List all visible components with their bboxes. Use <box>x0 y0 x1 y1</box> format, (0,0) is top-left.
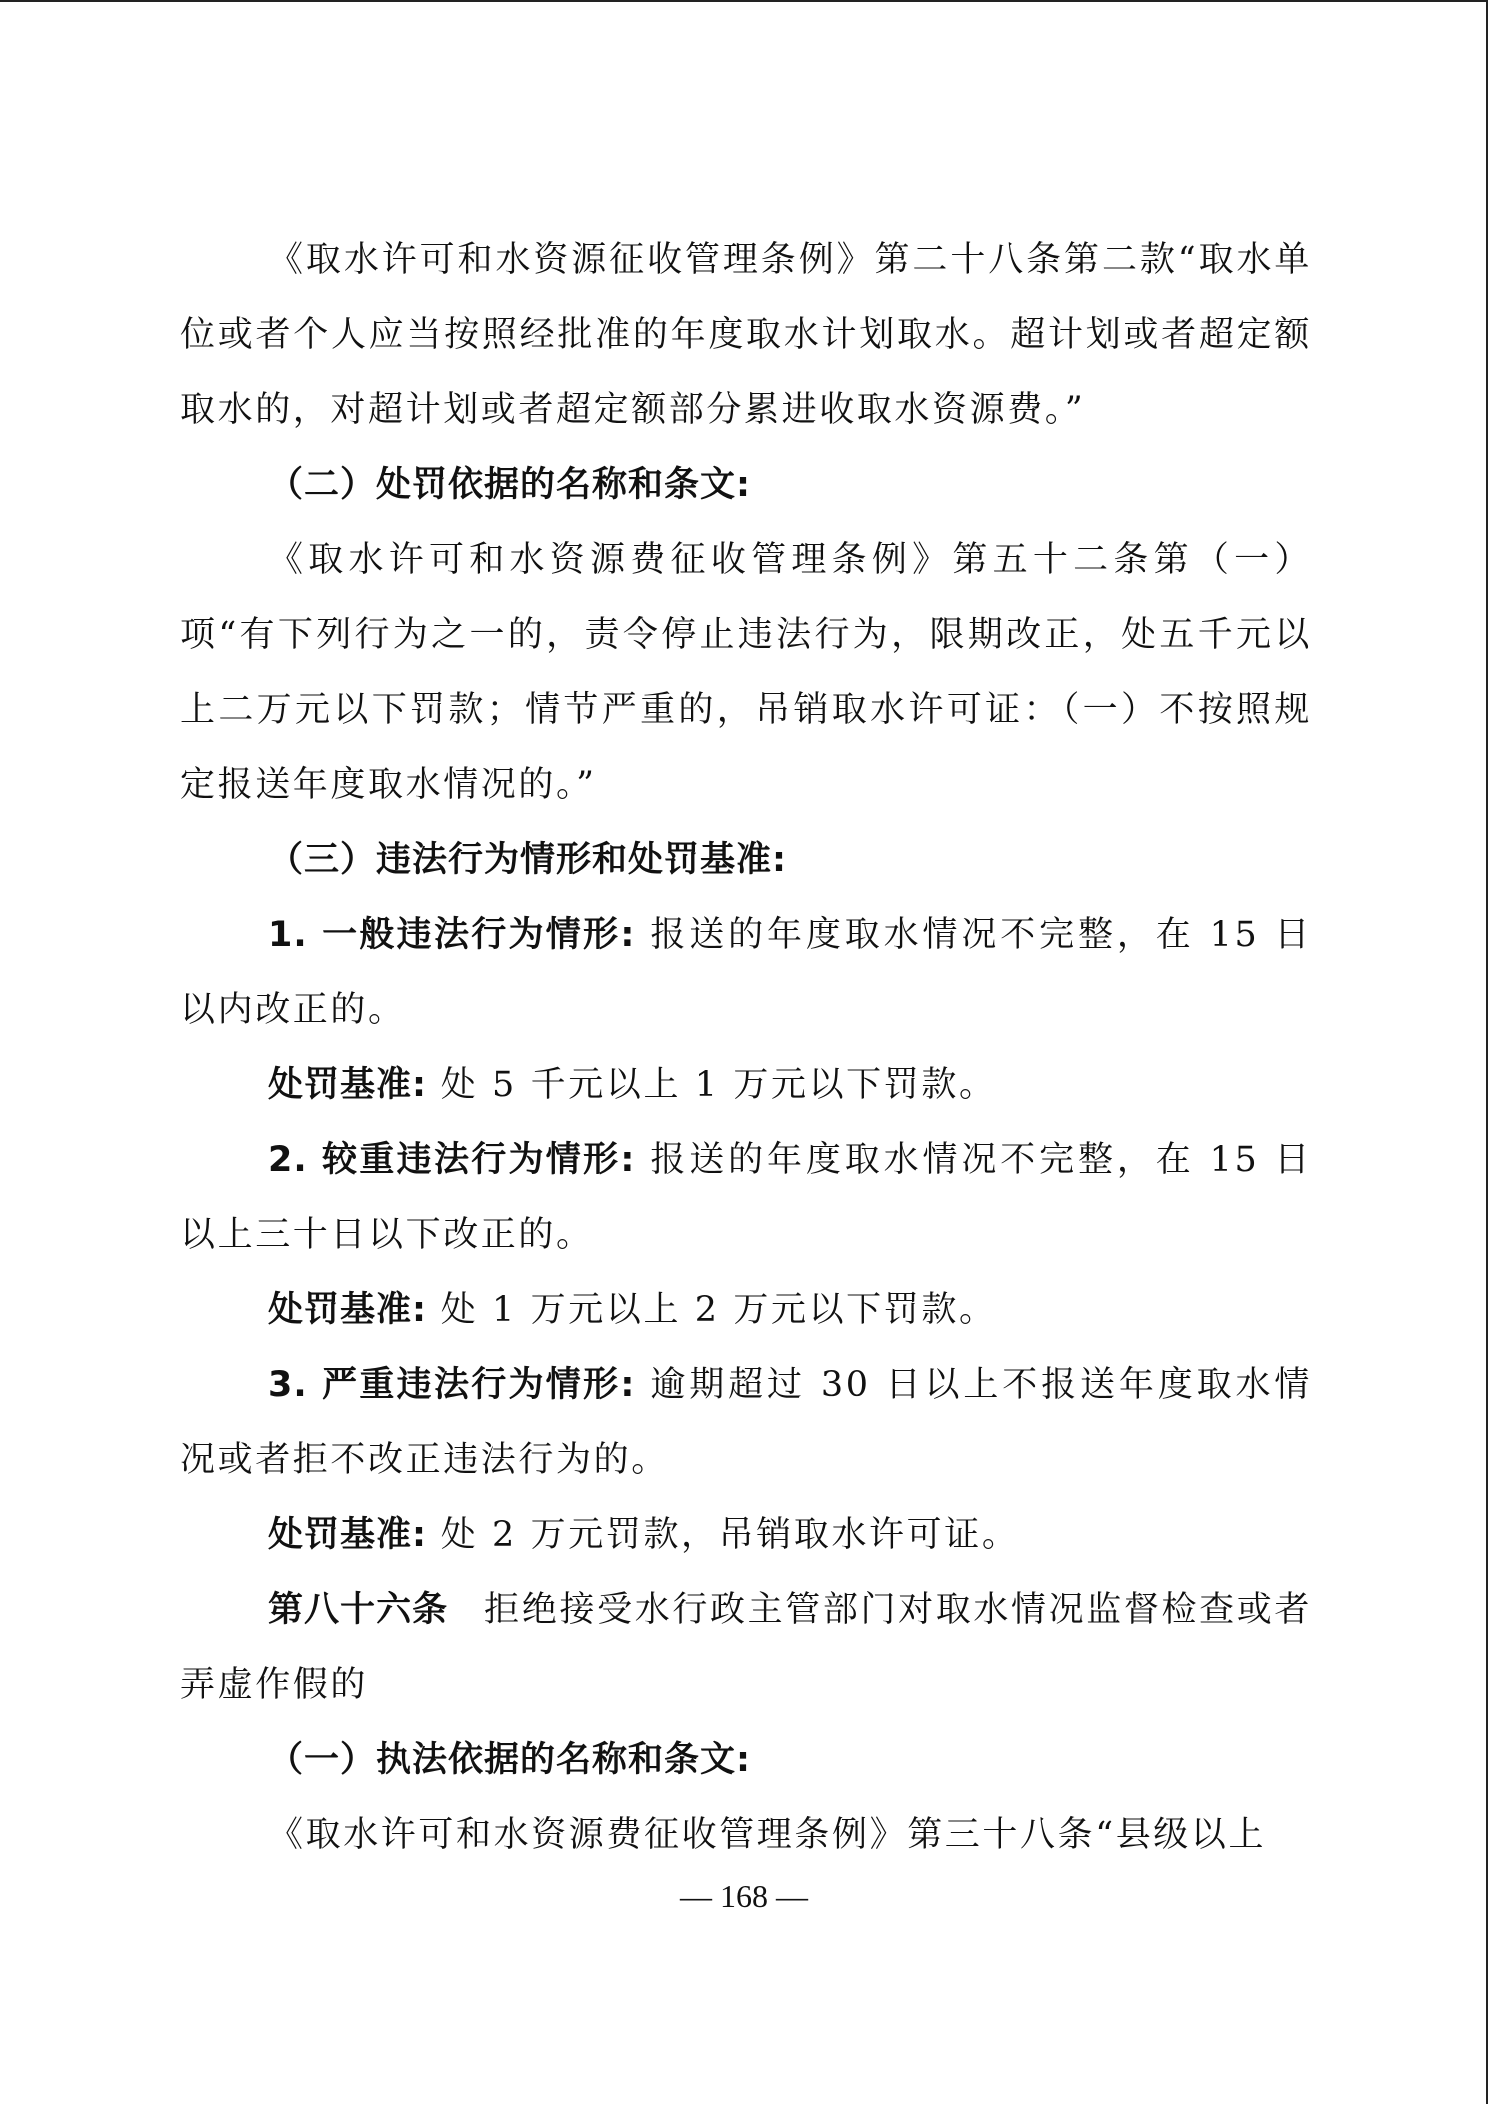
section-heading-penalty-basis: （二）处罚依据的名称和条文: <box>180 448 1312 523</box>
penalty-text: 处 1 万元以上 2 万元以下罚款。 <box>427 1290 997 1330</box>
case-label: 1. 一般违法行为情形: <box>268 915 635 955</box>
section-heading-violation-cases: （三）违法行为情形和处罚基准: <box>180 823 1312 898</box>
page-border-top <box>0 0 1488 2</box>
paragraph-regulation-article-38: 《取水许可和水资源费征收管理条例》第三十八条“县级以上 <box>180 1798 1312 1873</box>
section-heading-enforcement-basis: （一）执法依据的名称和条文: <box>180 1723 1312 1798</box>
article-label: 第八十六条 <box>268 1590 448 1630</box>
document-body: 《取水许可和水资源征收管理条例》第二十八条第二款“取水单位或者个人应当按照经批准… <box>180 223 1312 1873</box>
case-label: 3. 严重违法行为情形: <box>268 1365 635 1405</box>
penalty-standard-severe: 处罚基准: 处 2 万元罚款，吊销取水许可证。 <box>180 1498 1312 1573</box>
penalty-text: 处 5 千元以上 1 万元以下罚款。 <box>427 1065 997 1105</box>
penalty-label: 处罚基准: <box>268 1515 427 1555</box>
penalty-standard-serious: 处罚基准: 处 1 万元以上 2 万元以下罚款。 <box>180 1273 1312 1348</box>
case-label: 2. 较重违法行为情形: <box>268 1140 635 1180</box>
case-severe-violation: 3. 严重违法行为情形: 逾期超过 30 日以上不报送年度取水情况或者拒不改正违… <box>180 1348 1312 1498</box>
paragraph-regulation-article-52: 《取水许可和水资源费征收管理条例》第五十二条第（一）项“有下列行为之一的，责令停… <box>180 523 1312 823</box>
paragraph-regulation-article-28: 《取水许可和水资源征收管理条例》第二十八条第二款“取水单位或者个人应当按照经批准… <box>180 223 1312 448</box>
page-number: — 168 — <box>0 1878 1488 1915</box>
penalty-text: 处 2 万元罚款，吊销取水许可证。 <box>427 1515 1019 1555</box>
penalty-standard-general: 处罚基准: 处 5 千元以上 1 万元以下罚款。 <box>180 1048 1312 1123</box>
penalty-label: 处罚基准: <box>268 1290 427 1330</box>
penalty-label: 处罚基准: <box>268 1065 427 1105</box>
case-serious-violation: 2. 较重违法行为情形: 报送的年度取水情况不完整，在 15 日以上三十日以下改… <box>180 1123 1312 1273</box>
article-86: 第八十六条拒绝接受水行政主管部门对取水情况监督检查或者弄虚作假的 <box>180 1573 1312 1723</box>
case-general-violation: 1. 一般违法行为情形: 报送的年度取水情况不完整，在 15 日以内改正的。 <box>180 898 1312 1048</box>
